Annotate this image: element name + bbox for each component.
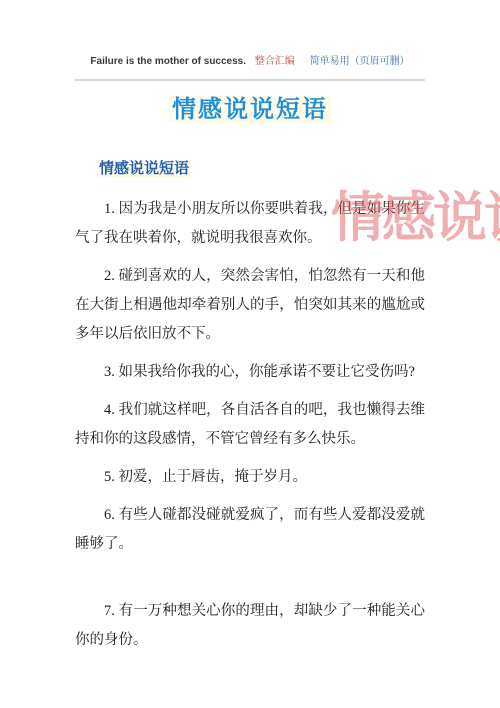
paragraph-7: 7. 有一万种想关心你的理由，却缺少了一种能关心你的身份。 — [75, 597, 425, 655]
section-heading-text: 情感说说短语 — [97, 161, 191, 177]
document-title-text: 情感说说短语 — [169, 96, 331, 123]
section-heading: 情感说说短语 — [97, 159, 500, 179]
header-compile-label: 整合汇编 — [255, 56, 295, 67]
paragraph-4: 4. 我们就这样吧，各自活各自的吧，我也懒得去维持和你的这段感情，不管它曾经有多… — [75, 396, 425, 454]
document-title: 情感说说短语 — [0, 95, 500, 125]
paragraph-6: 6. 有些人碰都没碰就爱疯了，而有些人爱都没爱就睡够了。 — [75, 501, 425, 559]
header-motto-english: Failure is the mother of success. — [90, 56, 246, 67]
paragraph-2: 2. 碰到喜欢的人，突然会害怕，怕忽然有一天和他在大街上相遇他却牵着别人的手，怕… — [75, 262, 425, 349]
page-header: Failure is the mother of success. 整合汇编 简… — [0, 0, 500, 69]
header-divider — [75, 79, 425, 81]
header-usage-note: 简单易用（页眉可删） — [310, 56, 410, 67]
paragraph-5: 5. 初爱，止于唇齿，掩于岁月。 — [75, 463, 425, 492]
paragraph-1: 1. 因为我是小朋友所以你要哄着我，但是如果你生气了我在哄着你，就说明我很喜欢你… — [75, 195, 425, 253]
document-page: Failure is the mother of success. 整合汇编 简… — [0, 0, 500, 708]
document-body: 1. 因为我是小朋友所以你要哄着我，但是如果你生气了我在哄着你，就说明我很喜欢你… — [75, 195, 425, 655]
paragraph-3: 3. 如果我给你我的心，你能承诺不要让它受伤吗? — [75, 358, 425, 387]
